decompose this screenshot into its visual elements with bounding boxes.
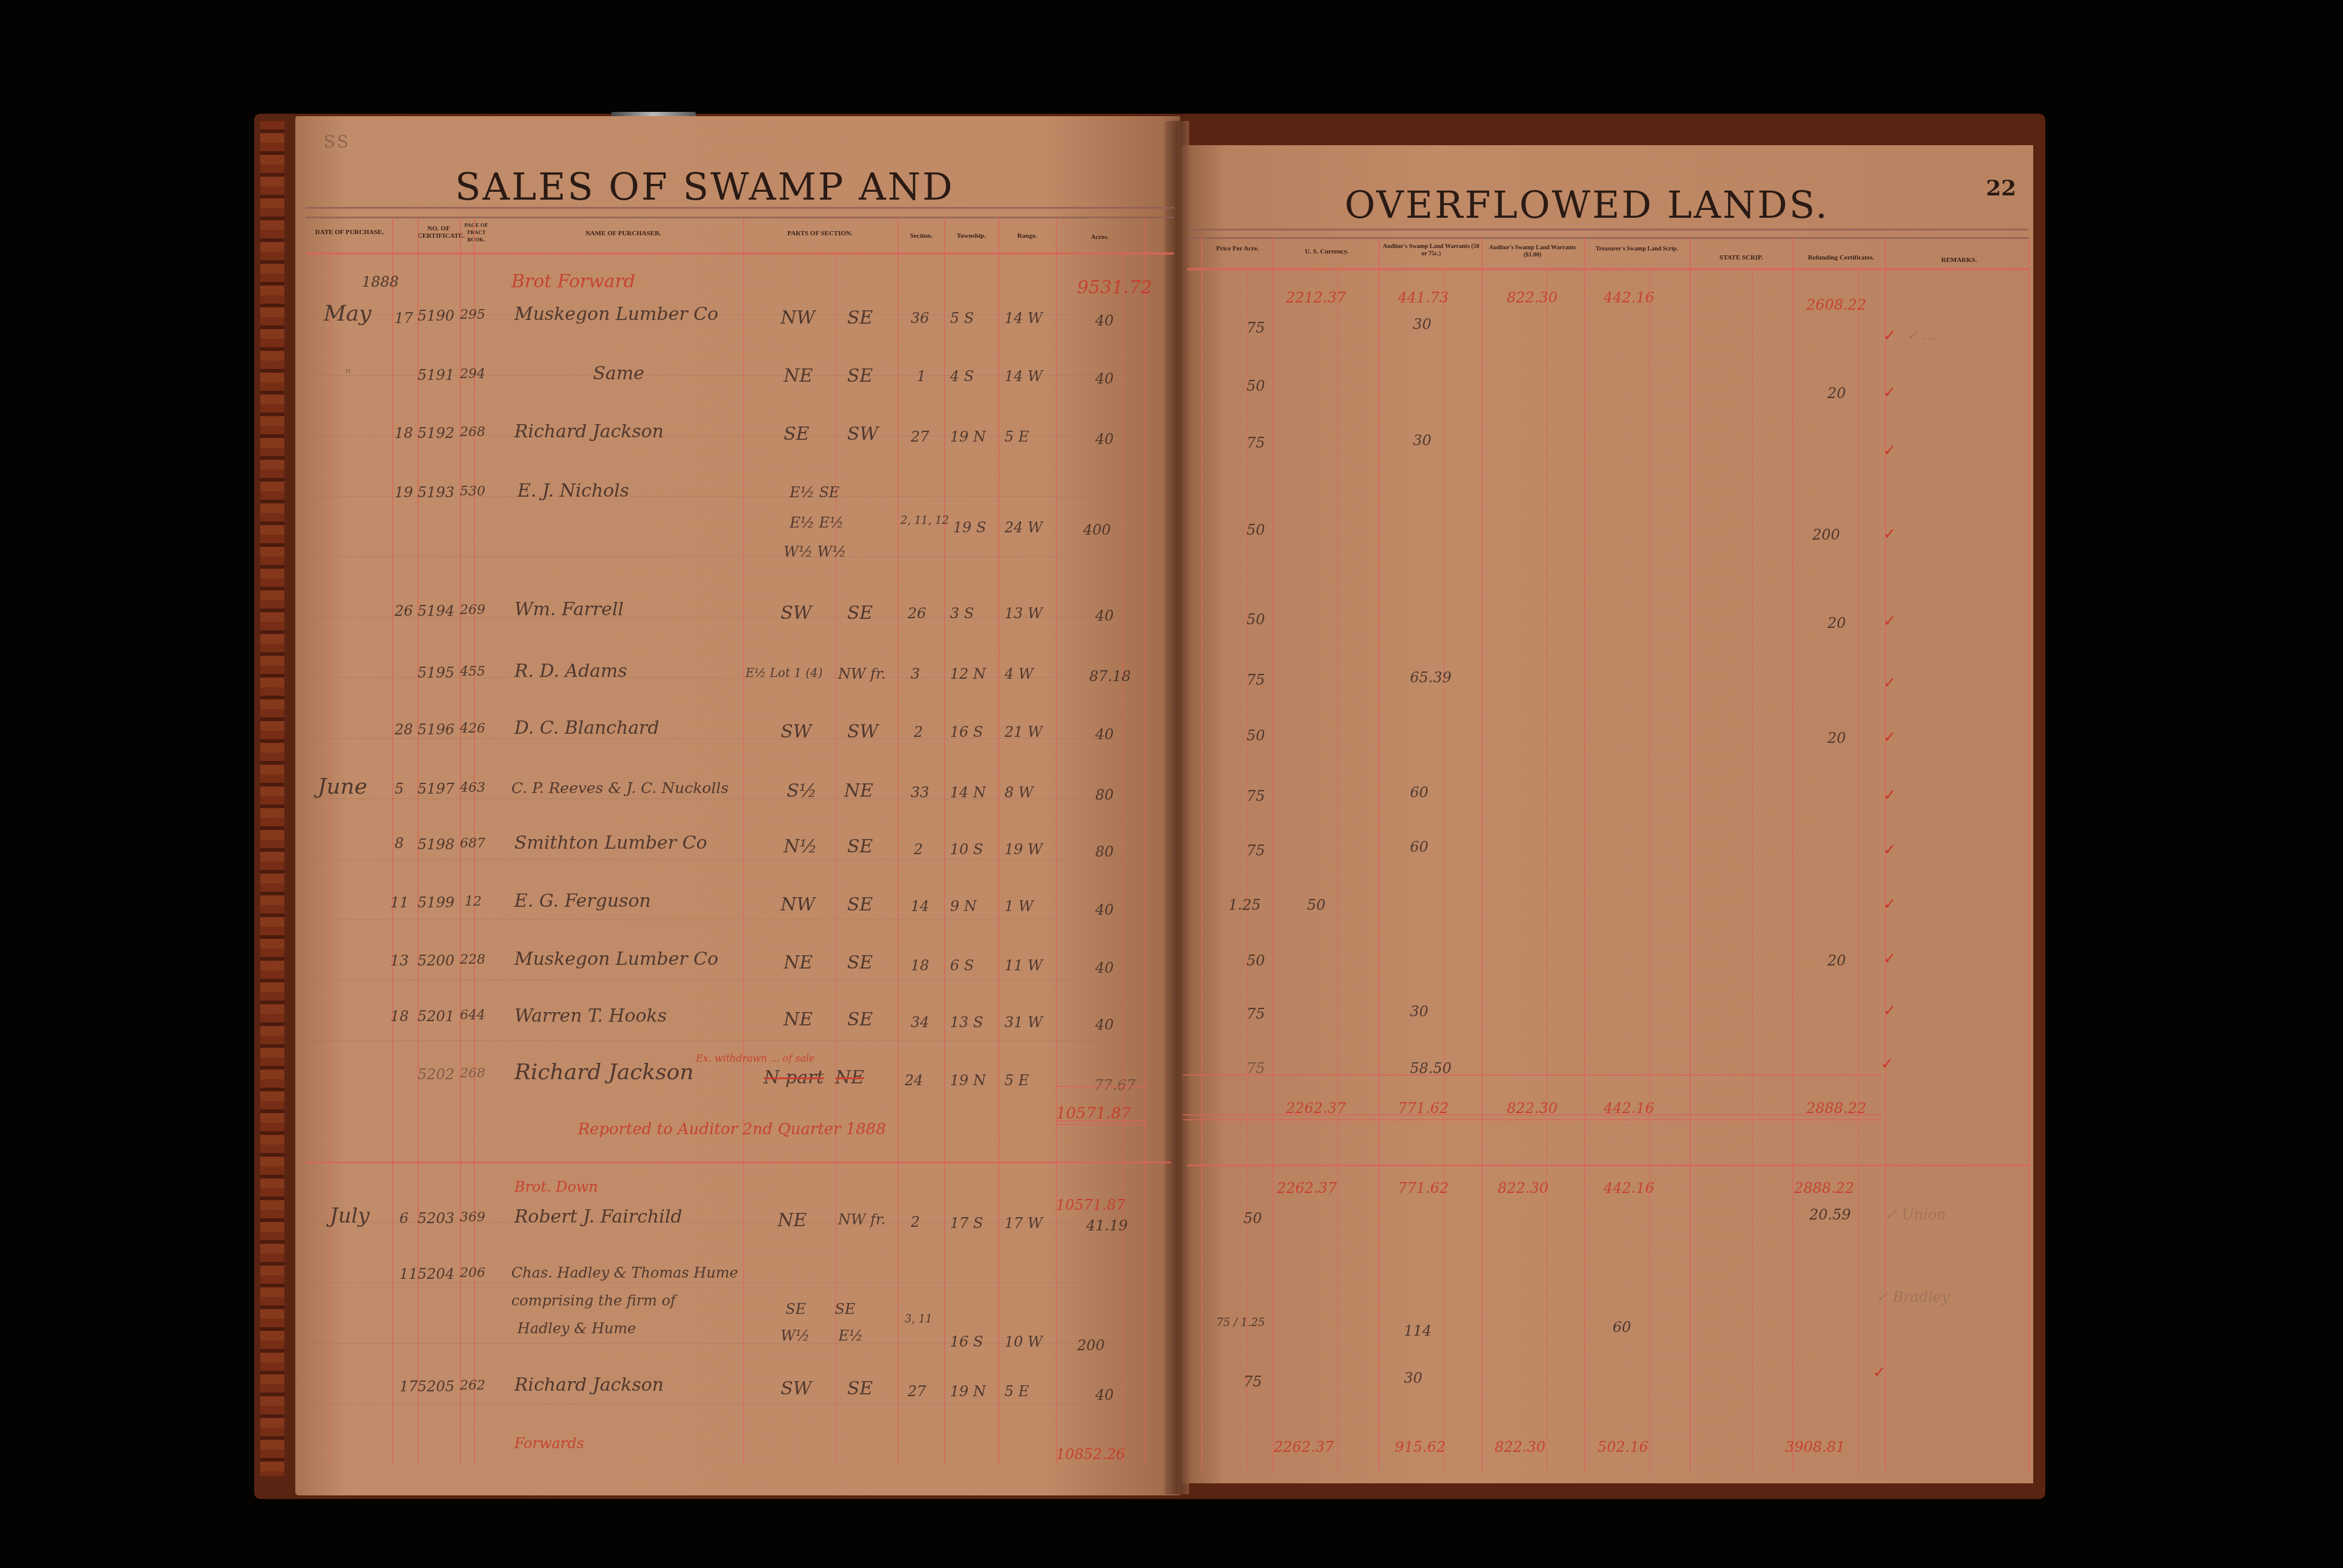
brought-down-label: Brot. Down xyxy=(514,1178,598,1195)
fw-treasurer: 502.16 xyxy=(1597,1439,1648,1455)
row-refunding: 20 xyxy=(1827,952,1846,969)
row-name: Richard Jackson xyxy=(514,1060,693,1085)
rule xyxy=(1858,269,1859,1473)
row-day: 17 xyxy=(399,1378,418,1395)
rule xyxy=(1337,269,1339,1473)
row-part2: SE xyxy=(847,836,873,857)
row-section: 3 xyxy=(911,665,920,682)
row-price: 50 xyxy=(1247,521,1265,538)
rule xyxy=(998,218,1000,1464)
row-part2: E½ E½ xyxy=(790,514,844,531)
row-part3: W½ W½ xyxy=(784,543,847,560)
row-part1: NE xyxy=(784,365,813,387)
title-right: OVERFLOWED LANDS. xyxy=(1345,183,1829,227)
row-cert: 5201 xyxy=(418,1008,454,1025)
row-section: 3, 11 xyxy=(905,1313,932,1325)
header-rule xyxy=(306,217,1174,218)
page-number: 22 xyxy=(1986,175,2016,201)
double-rule xyxy=(1056,1124,1147,1125)
row-name: Richard Jackson xyxy=(514,421,664,442)
row-page: 294 xyxy=(460,367,485,382)
bd-aud-100: 822.30 xyxy=(1498,1180,1548,1197)
row-township: 4 S xyxy=(950,368,974,385)
bf-treasurer: 442.16 xyxy=(1604,289,1654,306)
row-cert: 5200 xyxy=(418,952,454,969)
row-aud-50-75: 30 xyxy=(1413,316,1432,333)
rule xyxy=(1649,269,1650,1473)
check-icon: ✓ xyxy=(1883,327,1896,345)
row-acres: 40 xyxy=(1095,1387,1114,1403)
row-range: 1 W xyxy=(1004,898,1034,915)
rule xyxy=(897,218,899,1464)
row-range: 10 W xyxy=(1004,1333,1043,1350)
check-icon: ✓ xyxy=(1883,950,1896,968)
check-icon: ✓ xyxy=(1883,841,1896,859)
row-price: 75 xyxy=(1247,842,1265,859)
row-acres: 80 xyxy=(1095,843,1114,860)
row-rule xyxy=(306,859,1171,860)
row-remark: ✓ Union xyxy=(1885,1206,1946,1223)
row-township: 17 S xyxy=(950,1215,983,1232)
row-day: 11 xyxy=(390,894,409,911)
acres-bf: 9531.72 xyxy=(1077,277,1152,298)
row-part2: SE xyxy=(847,952,873,973)
rule xyxy=(1481,237,1483,1471)
row-part2: NW fr. xyxy=(838,665,886,682)
row-part2: SW xyxy=(847,423,878,445)
header-bottom-rule xyxy=(306,252,1174,255)
row-page: 206 xyxy=(460,1266,485,1281)
row-acres: 40 xyxy=(1095,901,1114,918)
row-township: 5 S xyxy=(950,310,974,327)
row-township: 3 S xyxy=(950,605,974,622)
right-page xyxy=(1181,145,2033,1483)
row-treasurer: 60 xyxy=(1613,1319,1631,1336)
row-page: 228 xyxy=(460,952,485,967)
row-cert: 5190 xyxy=(418,307,454,324)
row-cert: 5204 xyxy=(418,1266,454,1282)
bd-us-currency: 2262.37 xyxy=(1277,1180,1337,1197)
row-page: 687 xyxy=(460,836,485,851)
brought-down-acres: 10571.87 xyxy=(1056,1197,1126,1214)
header-bottom-rule xyxy=(1187,268,2028,270)
row-range: 11 W xyxy=(1004,957,1043,974)
row-township: 19 N xyxy=(950,428,986,445)
row-day: 6 xyxy=(399,1210,408,1227)
row-part1: E½ Lot 1 (4) xyxy=(745,665,822,680)
row-acres: 40 xyxy=(1095,431,1114,448)
col-aud-50-75: Auditor's Swamp Land Warrants (50 or 75c… xyxy=(1383,243,1480,258)
row-cert: 5191 xyxy=(418,367,454,384)
row-day: 18 xyxy=(395,425,413,442)
col-refunding: Refunding Certificates. xyxy=(1794,254,1888,261)
row-page: 268 xyxy=(460,425,485,440)
check-icon: ✓ xyxy=(1883,786,1896,805)
row-rule xyxy=(306,920,1171,920)
row-section: 2 xyxy=(914,724,923,740)
col-name: NAME OF PURCHASER. xyxy=(508,230,738,237)
row-part1: NE xyxy=(778,1210,807,1231)
row-cert: 5203 xyxy=(418,1210,454,1227)
row-page: 455 xyxy=(460,664,485,679)
row-remark: ✓ ... xyxy=(1906,327,1937,344)
row-acres: 40 xyxy=(1095,959,1114,976)
row-page: 530 xyxy=(460,484,485,499)
row-range: 14 W xyxy=(1004,368,1043,385)
row-price: 75 xyxy=(1247,319,1265,336)
rule xyxy=(944,218,945,1464)
bf-refunding: 2608.22 xyxy=(1806,296,1866,313)
row-name: Warren T. Hooks xyxy=(514,1005,667,1027)
row-section: 14 xyxy=(911,898,929,915)
row-part2: SE xyxy=(847,1009,873,1030)
row-part1: NW xyxy=(781,307,815,328)
double-rule xyxy=(1056,1120,1147,1122)
col-aud-100: Auditor's Swamp Land Warrants ($1.00) xyxy=(1483,244,1582,259)
col-treasurer: Treasurer's Swamp Land Scrip. xyxy=(1585,246,1688,253)
row-section: 24 xyxy=(905,1072,923,1089)
row-part1: NE xyxy=(784,1009,813,1030)
check-icon: ✓ xyxy=(1883,384,1896,402)
forwards-label: Forwards xyxy=(514,1435,584,1452)
col-section: Section. xyxy=(899,232,944,240)
row-name: Same xyxy=(593,363,644,384)
header-rule xyxy=(306,207,1174,209)
check-icon: ✓ xyxy=(1873,1364,1886,1382)
row-acres: 40 xyxy=(1095,607,1114,624)
col-range: Range. xyxy=(998,232,1056,240)
row-name-line1: Chas. Hadley & Thomas Hume xyxy=(511,1264,738,1281)
row-name: C. P. Reeves & J. C. Nuckolls xyxy=(511,779,729,797)
bd-aud-50-75: 771.62 xyxy=(1398,1180,1449,1197)
row-rule xyxy=(306,557,1171,557)
col-price: Price Per Acre. xyxy=(1207,245,1268,252)
row-range: 14 W xyxy=(1004,310,1043,327)
row-cert: 5202 xyxy=(418,1066,454,1083)
row-township: 19 N xyxy=(950,1383,986,1400)
row-refunding: 20.59 xyxy=(1809,1206,1851,1223)
row-rule xyxy=(306,1040,1171,1041)
section-rule xyxy=(306,1161,1171,1163)
row-refunding: 20 xyxy=(1827,385,1846,402)
row-range: 8 W xyxy=(1004,784,1034,801)
row-acres: 87.18 xyxy=(1089,668,1131,685)
row-name: D. C. Blanchard xyxy=(514,717,659,739)
check-icon: ✓ xyxy=(1883,895,1896,913)
row-part2: W½ E½ xyxy=(781,1327,863,1344)
row-day: 5 xyxy=(395,780,404,797)
row-section: 2 xyxy=(911,1214,920,1230)
row-aud-50-75: 65.39 xyxy=(1410,669,1452,686)
row-aud-50-75: 60 xyxy=(1410,838,1429,855)
row-day: 13 xyxy=(390,952,409,969)
bd-treasurer: 442.16 xyxy=(1604,1180,1654,1197)
row-page: 269 xyxy=(460,603,485,618)
row-price: 75 xyxy=(1244,1373,1262,1390)
row-part2: SE xyxy=(847,1378,873,1399)
row-name: Robert J. Fairchild xyxy=(514,1206,682,1227)
row-township: 14 N xyxy=(950,784,986,801)
check-icon: ✓ xyxy=(1883,442,1896,460)
row-name: Smithton Lumber Co xyxy=(514,832,707,854)
row-section: 2 xyxy=(914,841,923,858)
row-day: 19 xyxy=(395,484,413,501)
fw-aud-50-75: 915.62 xyxy=(1395,1439,1446,1455)
row-part1: SW xyxy=(781,1378,811,1399)
row-name: E. J. Nichols xyxy=(517,480,629,501)
row-cert: 5205 xyxy=(418,1378,454,1395)
row-cert: 5199 xyxy=(418,894,454,911)
row-part2: NW fr. xyxy=(838,1211,886,1228)
row-part2: SE xyxy=(847,365,873,387)
row-part2: NE xyxy=(835,1067,864,1088)
corner-mark: SS xyxy=(324,132,350,152)
row-aud-50-75: 60 xyxy=(1410,784,1429,801)
rule xyxy=(1145,218,1146,1464)
row-range: 13 W xyxy=(1004,605,1043,622)
check-icon: ✓ xyxy=(1883,612,1896,630)
row-price: 50 xyxy=(1247,952,1265,969)
fw-us-currency: 2262.37 xyxy=(1274,1439,1334,1455)
col-cert: No. of Certificate. xyxy=(418,225,460,240)
row-price: 75 xyxy=(1247,788,1265,805)
row-page: 262 xyxy=(460,1378,485,1393)
row-us-currency: 50 xyxy=(1307,897,1326,913)
rule xyxy=(1752,269,1753,1473)
rule xyxy=(2028,237,2030,1471)
row-part1: S½ xyxy=(787,780,817,802)
sum-rule xyxy=(1183,1074,1882,1076)
row-price: 50 xyxy=(1247,727,1265,744)
row-cert: 5197 xyxy=(418,780,454,797)
year: 1888 xyxy=(362,273,399,290)
row-township: 9 N xyxy=(950,898,977,915)
row-section: 27 xyxy=(908,1383,926,1400)
col-state-scrip: STATE SCRIP. xyxy=(1691,254,1791,261)
row-part1: SW xyxy=(781,603,811,624)
row-page: 426 xyxy=(460,721,485,736)
row-name-line3: Hadley & Hume xyxy=(517,1320,636,1337)
row-township: 12 N xyxy=(950,665,986,682)
row-page: 12 xyxy=(465,894,482,909)
row-cert: 5196 xyxy=(418,721,454,738)
row-price: 1.25 xyxy=(1228,897,1260,913)
row-cert: 5195 xyxy=(418,664,454,681)
row-rule xyxy=(306,799,1171,799)
row-range: 17 W xyxy=(1004,1215,1043,1232)
row-range: 5 E xyxy=(1004,1072,1029,1089)
row-month: July xyxy=(330,1204,370,1228)
rule xyxy=(1201,237,1202,1471)
col-acres: Acres. xyxy=(1056,234,1144,241)
row-part2: SW xyxy=(847,721,878,742)
row-name: Wm. Farrell xyxy=(514,599,624,620)
row-cert: 5194 xyxy=(418,603,454,619)
row-cert: 5193 xyxy=(418,484,454,501)
row-part1: NW xyxy=(781,894,815,915)
rule xyxy=(1273,237,1274,1471)
row-section: 27 xyxy=(911,428,929,445)
rule xyxy=(1689,237,1691,1471)
row-refunding: 20 xyxy=(1827,730,1846,746)
double-rule xyxy=(1183,1119,1882,1120)
row-page: 268 xyxy=(460,1066,485,1081)
book-spine xyxy=(260,121,284,1476)
row-acres: 40 xyxy=(1095,726,1114,743)
col-remarks: REMARKS. xyxy=(1891,256,2027,264)
row-refunding: 200 xyxy=(1812,526,1840,543)
row-name: E. G. Ferguson xyxy=(514,890,651,912)
row-name-line2: comprising the firm of xyxy=(511,1292,676,1309)
row-acres: 40 xyxy=(1095,370,1114,387)
check-icon: ✓ xyxy=(1883,728,1896,746)
quarter-note: Reported to Auditor 2nd Quarter 1888 xyxy=(578,1120,886,1138)
rule xyxy=(1056,218,1057,1464)
row-part2: NE xyxy=(844,780,873,802)
row-acres: 400 xyxy=(1083,521,1111,538)
section-rule xyxy=(1187,1165,2028,1166)
rule xyxy=(1584,237,1585,1471)
row-aud-50-75: 114 xyxy=(1404,1322,1432,1339)
row-acres: 41.19 xyxy=(1086,1217,1128,1234)
row-price: 75 xyxy=(1247,671,1265,688)
col-tract-page: Page of Tract Book. xyxy=(461,221,491,243)
row-name: Muskegon Lumber Co xyxy=(514,304,718,325)
col-us-currency: U. S. Currency. xyxy=(1274,248,1380,255)
row-part1: NE xyxy=(784,952,813,973)
row-month: June xyxy=(318,774,367,799)
check-icon: ✓ xyxy=(1883,525,1896,543)
header-rule xyxy=(1187,229,2028,230)
row-aud-50-75: 30 xyxy=(1413,432,1432,449)
row-aud-50-75: 30 xyxy=(1410,1003,1429,1020)
row-price: 75 xyxy=(1247,1005,1265,1022)
row-part1: N part xyxy=(764,1067,824,1088)
row-day: 17 xyxy=(395,310,413,327)
row-rule xyxy=(306,1403,1171,1404)
check-icon: ✓ xyxy=(1883,1002,1896,1020)
row-day: " xyxy=(345,367,352,384)
row-section: 33 xyxy=(911,784,929,801)
row-rule xyxy=(306,1282,1171,1283)
row-section: 1 xyxy=(917,368,926,385)
row-range: 4 W xyxy=(1004,665,1034,682)
gutter xyxy=(1165,121,1189,1494)
header-rule xyxy=(1187,237,2028,239)
row-range: 31 W xyxy=(1004,1014,1043,1031)
row-page: 369 xyxy=(460,1210,485,1225)
brought-forward-label: Brot Forward xyxy=(511,271,635,292)
col-date: DATE OF PURCHASE. xyxy=(306,229,393,236)
row-price: 75 xyxy=(1247,434,1265,451)
forwards-acres: 10852.26 xyxy=(1056,1446,1126,1463)
row-price: 50 xyxy=(1247,377,1265,394)
rule xyxy=(1443,269,1444,1473)
row-page: 644 xyxy=(460,1008,485,1023)
row-page: 463 xyxy=(460,780,485,795)
row-section: 34 xyxy=(911,1014,929,1031)
row-township: 13 S xyxy=(950,1014,983,1031)
row-part2: SE xyxy=(847,307,873,328)
row-price: 50 xyxy=(1247,611,1265,628)
row-acres: 40 xyxy=(1095,1016,1114,1033)
rule xyxy=(1378,237,1380,1471)
row-day: 26 xyxy=(395,603,413,619)
row-section: 36 xyxy=(911,310,929,327)
bd-refunding: 2888.22 xyxy=(1794,1180,1854,1197)
row-section: 26 xyxy=(908,605,926,622)
row-township: 19 N xyxy=(950,1072,986,1089)
row-aud-50-75: 30 xyxy=(1404,1370,1423,1387)
row-township: 16 S xyxy=(950,724,983,740)
row-range: 21 W xyxy=(1004,724,1043,740)
row-part2: SE xyxy=(847,603,873,624)
col-parts: PARTS OF SECTION. xyxy=(744,230,896,237)
row-part1: SE SE xyxy=(785,1301,856,1318)
row-acres: 40 xyxy=(1095,312,1114,329)
row-acres: 200 xyxy=(1077,1337,1105,1354)
rule xyxy=(392,218,393,1464)
row-township: 16 S xyxy=(950,1333,983,1350)
check-icon: ✓ xyxy=(1881,1055,1894,1073)
sum-rule xyxy=(1056,1086,1147,1087)
row-township: 6 S xyxy=(950,957,974,974)
fw-aud-100: 822.30 xyxy=(1495,1439,1545,1455)
row-section: 18 xyxy=(911,957,929,974)
row-day: 18 xyxy=(390,1008,409,1025)
row-acres: 80 xyxy=(1095,786,1114,803)
row-day: 8 xyxy=(395,835,404,852)
row-refunding: 20 xyxy=(1827,615,1846,632)
bf-us-currency: 2212.37 xyxy=(1286,289,1346,306)
row-part1: SE xyxy=(784,423,809,445)
fw-refunding: 3908.81 xyxy=(1785,1439,1845,1455)
row-name: Richard Jackson xyxy=(514,1374,664,1396)
bf-aud-50-75: 441.73 xyxy=(1398,289,1449,306)
row-price: 50 xyxy=(1244,1210,1262,1227)
row-remark: ✓ Bradley xyxy=(1876,1289,1950,1305)
col-township: Township. xyxy=(944,232,998,240)
row-part1: SW xyxy=(781,721,811,742)
row-township: 10 S xyxy=(950,841,983,858)
row-part1: E½ SE xyxy=(790,484,839,501)
row-range: 19 W xyxy=(1004,841,1043,858)
row-section: 2, 11, 12 xyxy=(900,514,949,527)
row-price: 75 / 1.25 xyxy=(1216,1316,1265,1329)
rule xyxy=(1546,269,1547,1473)
row-range: 5 E xyxy=(1004,1383,1029,1400)
row-part1: N½ xyxy=(784,836,817,857)
row-acres: 77.67 xyxy=(1094,1077,1136,1094)
row-name: Muskegon Lumber Co xyxy=(514,949,718,970)
row-part2: SE xyxy=(847,894,873,915)
row-rule xyxy=(306,980,1171,981)
row-range: 24 W xyxy=(1004,519,1043,536)
row-note: Ex. withdrawn ... of sale xyxy=(696,1053,814,1064)
row-township: 19 S xyxy=(953,519,986,536)
rule xyxy=(743,218,744,1464)
check-icon: ✓ xyxy=(1883,674,1896,692)
row-cert: 5198 xyxy=(418,836,454,853)
row-name: R. D. Adams xyxy=(514,661,627,682)
row-day: 28 xyxy=(395,721,413,738)
title-left: SALES OF SWAMP AND xyxy=(455,165,954,209)
row-cert: 5192 xyxy=(418,425,454,442)
row-range: 5 E xyxy=(1004,428,1029,445)
row-page: 295 xyxy=(460,307,485,322)
rule xyxy=(1792,237,1794,1471)
bf-aud-100: 822.30 xyxy=(1507,289,1558,306)
